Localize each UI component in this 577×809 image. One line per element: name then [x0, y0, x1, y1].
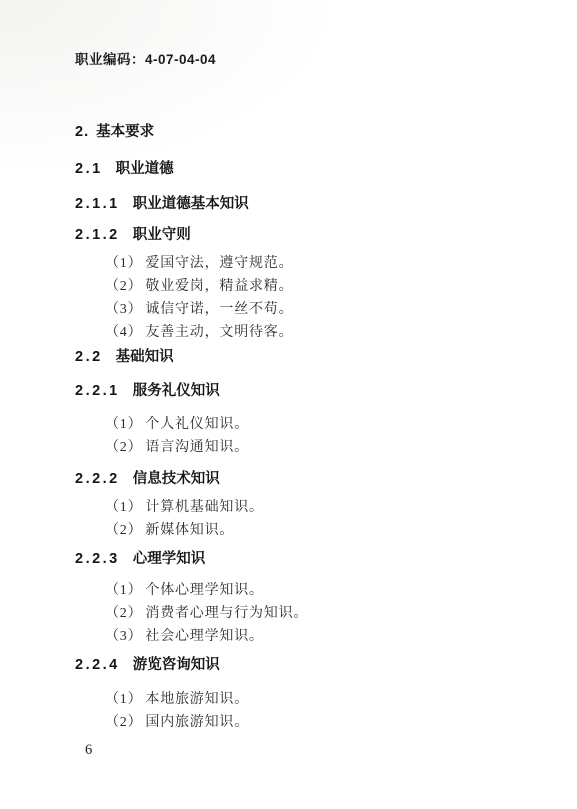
occupation-code-label: 职业编码：4-07-04-04 [75, 52, 537, 67]
item-text: 个体心理学知识。 [145, 583, 263, 598]
list-item: （1）本地旅游知识。 [105, 692, 537, 715]
item-marker: （1） [105, 692, 142, 707]
list-2-1-2: （1）爱国守法，遵守规范。 （2）敬业爱岗，精益求精。 （3）诚信守诺，一丝不苟… [75, 256, 537, 348]
list-2-2-3: （1）个体心理学知识。 （2）消费者心理与行为知识。 （3）社会心理学知识。 [75, 583, 537, 652]
item-marker: （3） [105, 629, 142, 644]
heading-number: 2. [75, 124, 89, 140]
heading-title: 职业道德基本知识 [133, 196, 249, 212]
heading-title: 服务礼仪知识 [133, 383, 220, 399]
list-2-2-4: （1）本地旅游知识。 （2）国内旅游知识。 [75, 692, 537, 738]
heading-2-2-1: 2.2.1服务礼仪知识 [75, 384, 537, 399]
list-item: （3）诚信守诺，一丝不苟。 [105, 302, 537, 325]
heading-title: 心理学知识 [133, 551, 206, 567]
list-item: （2）语言沟通知识。 [105, 440, 537, 463]
item-text: 诚信守诺，一丝不苟。 [145, 302, 293, 317]
item-marker: （1） [105, 417, 142, 432]
heading-2-2: 2.2基础知识 [75, 350, 537, 365]
list-2-2-1: （1）个人礼仪知识。 （2）语言沟通知识。 [75, 417, 537, 463]
heading-2-1-1: 2.1.1职业道德基本知识 [75, 197, 537, 212]
heading-title: 职业道德 [116, 161, 174, 177]
page-number: 6 [85, 742, 92, 759]
heading-number: 2.2.3 [75, 551, 120, 567]
item-marker: （2） [105, 715, 142, 730]
item-marker: （2） [105, 440, 142, 455]
item-text: 爱国守法，遵守规范。 [145, 256, 293, 271]
item-marker: （2） [105, 606, 142, 621]
item-marker: （1） [105, 256, 142, 271]
heading-number: 2.2.1 [75, 383, 120, 399]
heading-2: 2.基本要求 [75, 125, 537, 140]
heading-title: 信息技术知识 [133, 471, 220, 487]
item-marker: （1） [105, 500, 142, 515]
item-marker: （3） [105, 302, 142, 317]
document-page: 职业编码：4-07-04-04 2.基本要求 2.1职业道德 2.1.1职业道德… [0, 0, 577, 809]
heading-2-2-2: 2.2.2信息技术知识 [75, 472, 537, 487]
item-marker: （1） [105, 583, 142, 598]
item-text: 敬业爱岗，精益求精。 [145, 279, 293, 294]
heading-2-2-3: 2.2.3心理学知识 [75, 552, 537, 567]
list-item: （2）敬业爱岗，精益求精。 [105, 279, 537, 302]
list-item: （1）爱国守法，遵守规范。 [105, 256, 537, 279]
heading-number: 2.2.2 [75, 471, 120, 487]
heading-2-1: 2.1职业道德 [75, 162, 537, 177]
heading-number: 2.2 [75, 349, 103, 365]
list-item: （1）计算机基础知识。 [105, 500, 537, 523]
item-text: 消费者心理与行为知识。 [145, 606, 308, 621]
heading-title: 基本要求 [96, 124, 154, 140]
item-text: 语言沟通知识。 [145, 440, 249, 455]
heading-title: 基础知识 [116, 349, 174, 365]
heading-title: 游览咨询知识 [133, 657, 220, 673]
heading-title: 职业守则 [133, 227, 191, 243]
item-marker: （4） [105, 325, 142, 340]
heading-number: 2.1.2 [75, 227, 120, 243]
heading-number: 2.1.1 [75, 196, 120, 212]
item-text: 新媒体知识。 [145, 523, 234, 538]
heading-number: 2.2.4 [75, 657, 120, 673]
heading-number: 2.1 [75, 161, 103, 177]
list-item: （2）消费者心理与行为知识。 [105, 606, 537, 629]
list-item: （4）友善主动，文明待客。 [105, 325, 537, 348]
item-marker: （2） [105, 279, 142, 294]
item-marker: （2） [105, 523, 142, 538]
list-item: （2）新媒体知识。 [105, 523, 537, 546]
list-item: （1）个体心理学知识。 [105, 583, 537, 606]
list-item: （2）国内旅游知识。 [105, 715, 537, 738]
heading-2-2-4: 2.2.4游览咨询知识 [75, 658, 537, 673]
item-text: 国内旅游知识。 [145, 715, 249, 730]
list-item: （1）个人礼仪知识。 [105, 417, 537, 440]
item-text: 计算机基础知识。 [145, 500, 263, 515]
list-2-2-2: （1）计算机基础知识。 （2）新媒体知识。 [75, 500, 537, 546]
heading-2-1-2: 2.1.2职业守则 [75, 228, 537, 243]
item-text: 友善主动，文明待客。 [145, 325, 293, 340]
item-text: 个人礼仪知识。 [145, 417, 249, 432]
item-text: 社会心理学知识。 [145, 629, 263, 644]
item-text: 本地旅游知识。 [145, 692, 249, 707]
list-item: （3）社会心理学知识。 [105, 629, 537, 652]
